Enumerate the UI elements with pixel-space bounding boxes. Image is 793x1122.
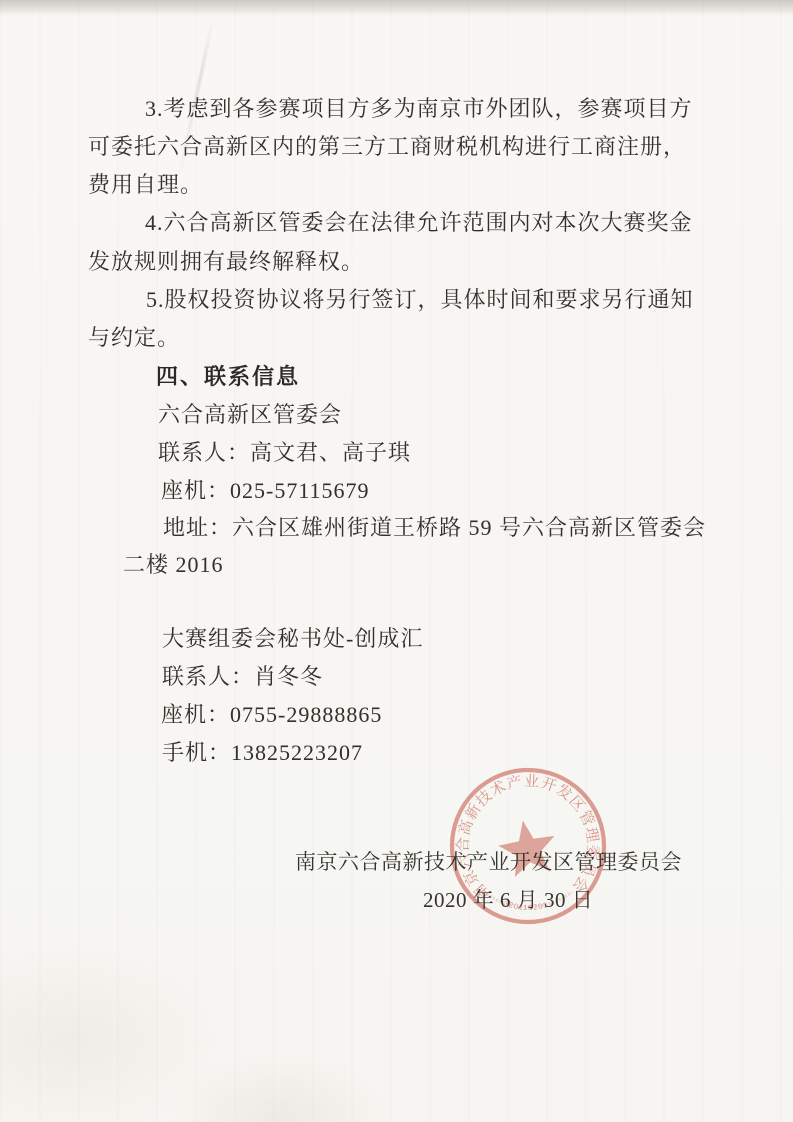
paragraph-line: 与约定。 xyxy=(88,321,180,352)
contact1-address-line1: 地址：六合区雄州街道王桥路 59 号六合高新区管委会 xyxy=(163,511,706,542)
paragraph-line: 可委托六合高新区内的第三方工商财税机构进行工商注册， xyxy=(88,130,686,161)
contact1-person: 联系人：高文君、高子琪 xyxy=(158,436,411,467)
contact1-landline: 座机：025-57115679 xyxy=(161,474,370,505)
signature-date: 2020 年 6 月 30 日 xyxy=(423,884,593,914)
contact2-landline: 座机：0755-29888865 xyxy=(161,698,382,729)
paragraph-line: 4.六合高新区管委会在法律允许范围内对本次大赛奖金 xyxy=(145,206,693,237)
contact2-mobile: 手机：13825223207 xyxy=(162,736,363,767)
signature-org: 南京六合高新技术产业开发区管理委员会 xyxy=(295,846,682,876)
contact1-org: 六合高新区管委会 xyxy=(158,398,342,429)
paragraph-line: 发放规则拥有最终解释权。 xyxy=(88,245,364,276)
paragraph-line: 5.股权投资协议将另行签订，具体时间和要求另行通知 xyxy=(146,283,694,314)
paragraph-line: 3.考虑到各参赛项目方多为南京市外团队，参赛项目方 xyxy=(145,92,693,123)
contact2-org: 大赛组委会秘书处-创成汇 xyxy=(162,622,423,653)
contact1-address-line2: 二楼 2016 xyxy=(123,548,224,579)
section-heading: 四、联系信息 xyxy=(156,360,300,391)
scan-edge-shadow xyxy=(0,0,793,16)
paragraph-line: 费用自理。 xyxy=(88,168,203,199)
contact2-person: 联系人：肖冬冬 xyxy=(162,660,323,691)
document-page: 3.考虑到各参赛项目方多为南京市外团队，参赛项目方 可委托六合高新区内的第三方工… xyxy=(0,0,793,1122)
